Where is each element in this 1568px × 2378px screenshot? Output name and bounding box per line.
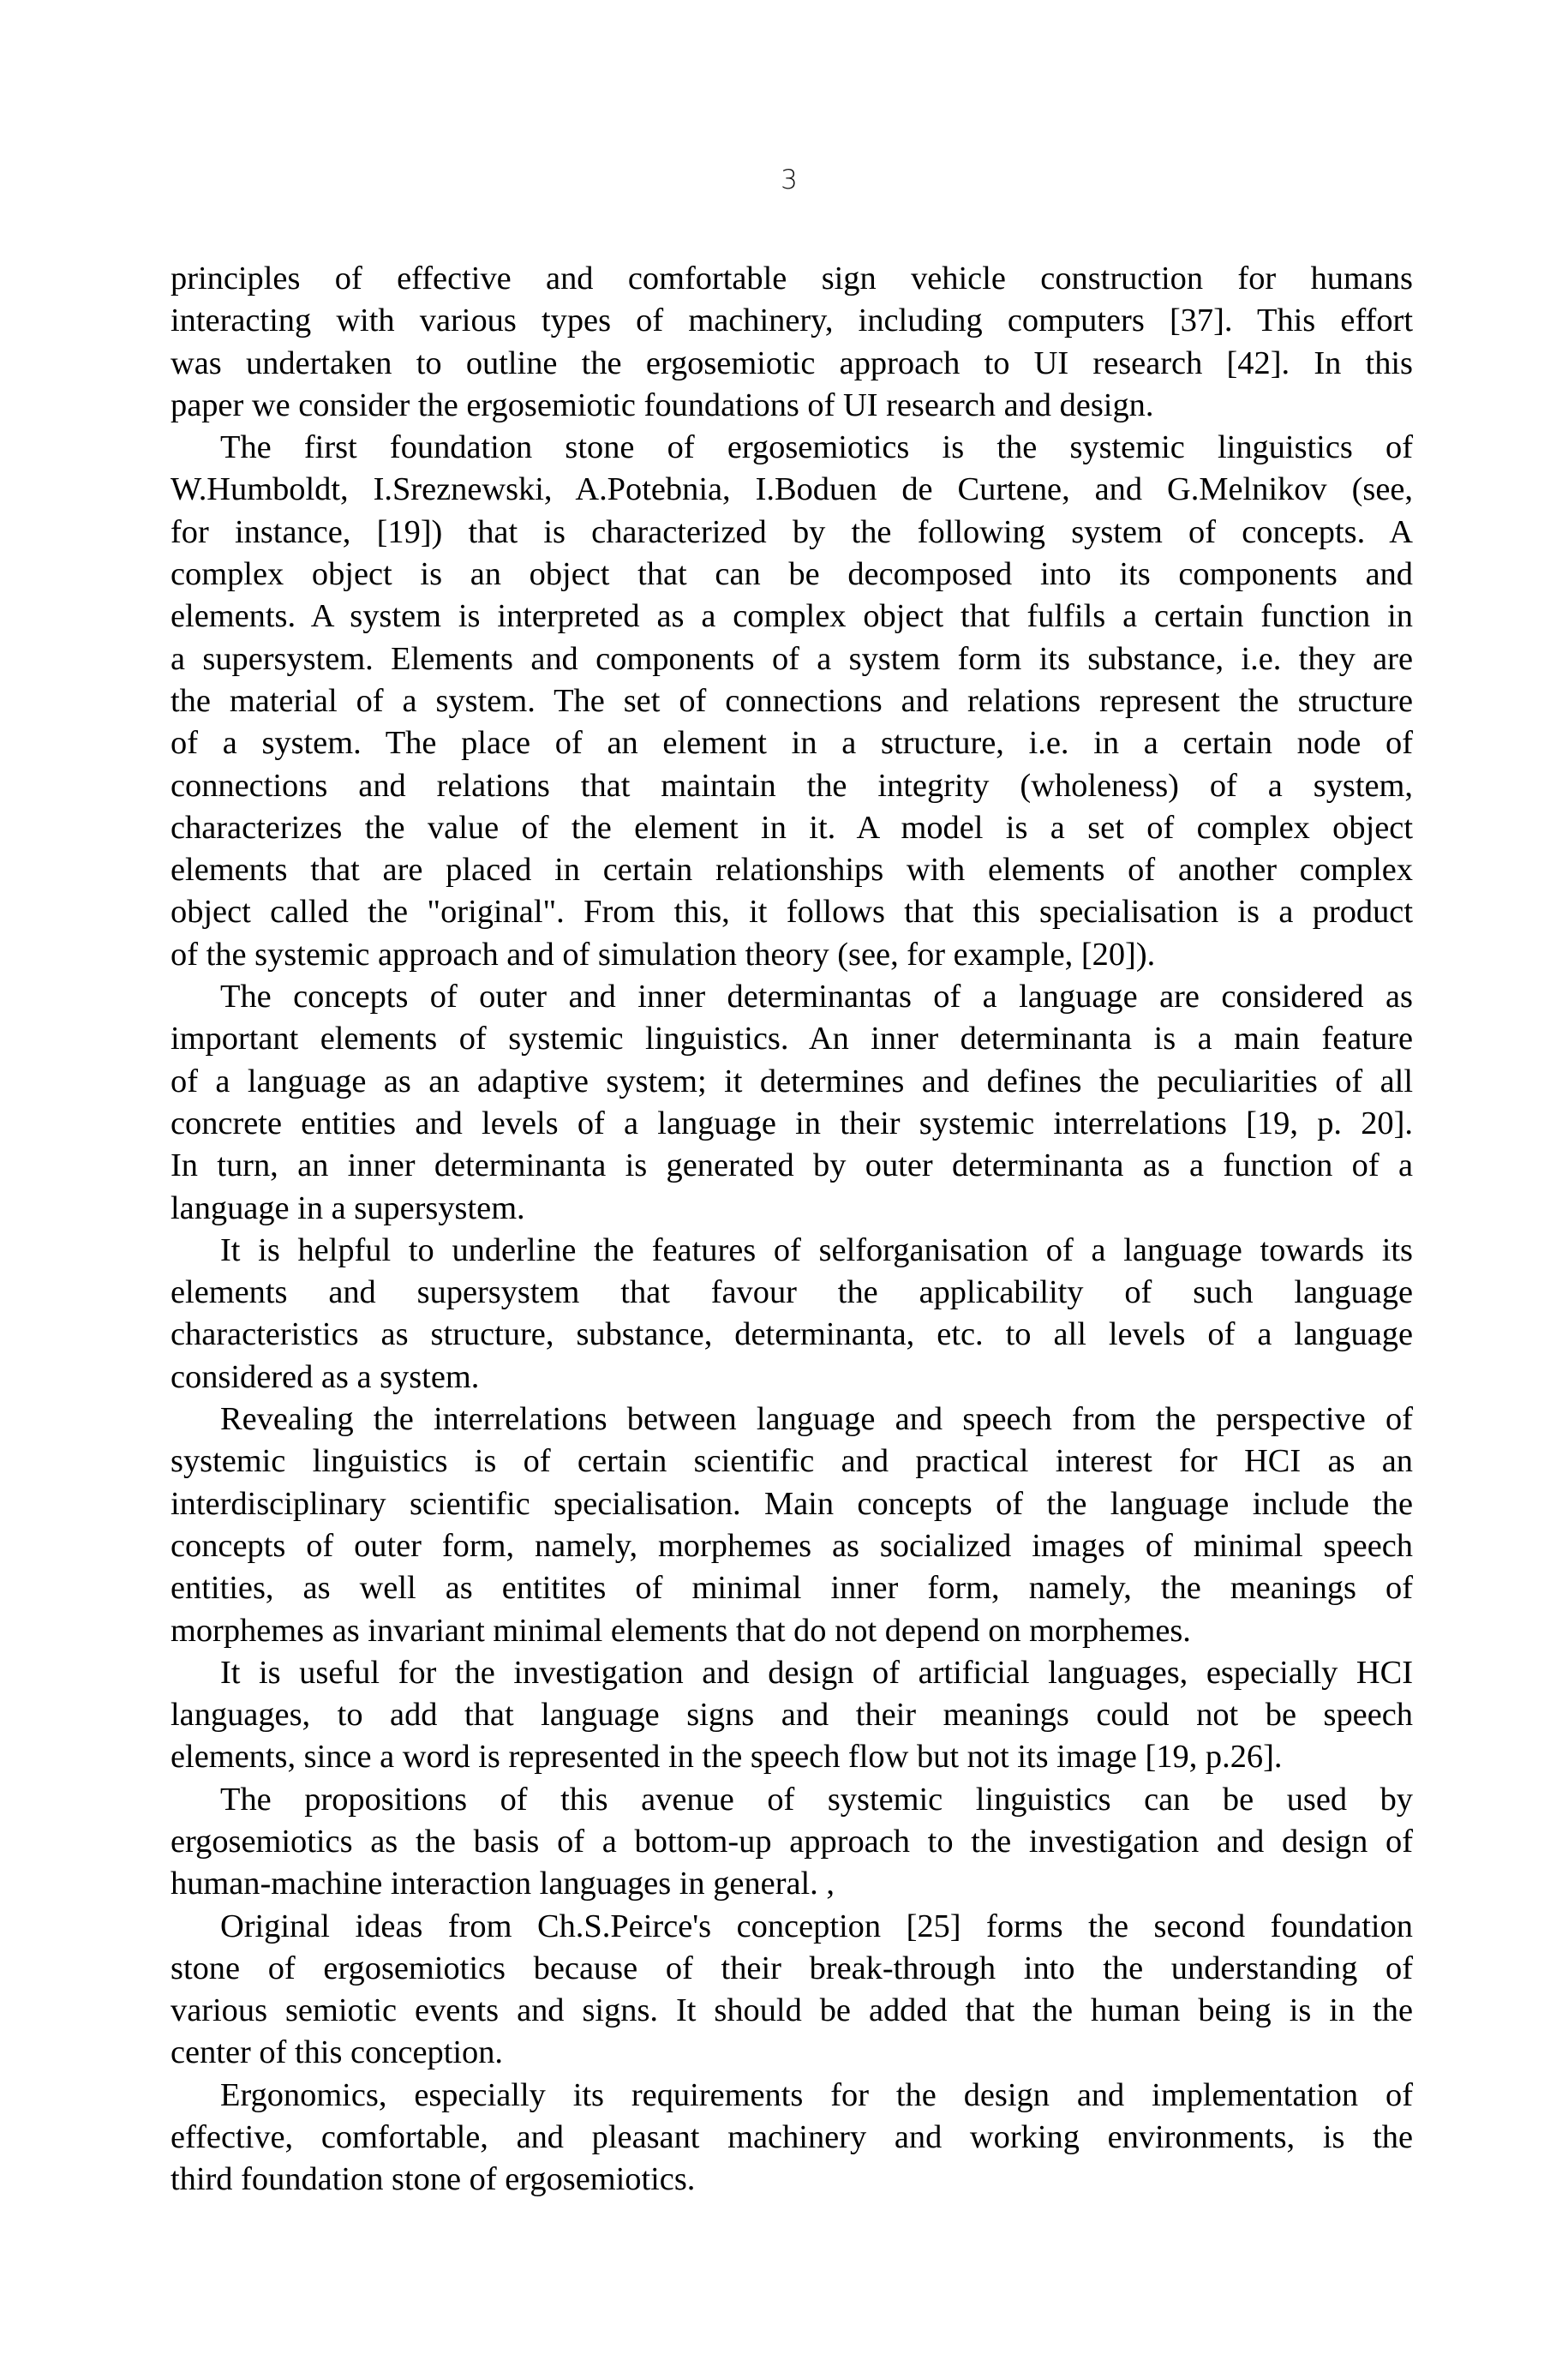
text-line: It is helpful to underline the features … [171,1230,1413,1272]
paragraph-selforganisation: It is helpful to underline the features … [171,1230,1413,1399]
text-line: The first foundation stone of ergosemiot… [171,427,1413,469]
paragraph-intro: principles of effective and comfortable … [171,258,1413,427]
text-line: various semiotic events and signs. It sh… [171,1990,1413,2032]
text-line: of the systemic approach and of simulati… [171,934,1413,976]
text-line: principles of effective and comfortable … [171,258,1413,300]
paragraph-ergonomics: Ergonomics, especially its requirements … [171,2075,1413,2201]
paragraph-systemic-linguistics: The first foundation stone of ergosemiot… [171,427,1413,976]
text-line: Revealing the interrelations between lan… [171,1399,1413,1441]
paragraph-artificial-languages: It is useful for the investigation and d… [171,1652,1413,1779]
text-line: It is useful for the investigation and d… [171,1652,1413,1694]
text-line: languages, to add that language signs an… [171,1694,1413,1736]
paragraph-peirce: Original ideas from Ch.S.Peirce's concep… [171,1906,1413,2075]
text-line: third foundation stone of ergosemiotics. [171,2159,1413,2201]
text-line: In turn, an inner determinanta is genera… [171,1145,1413,1187]
text-line: concrete entities and levels of a langua… [171,1103,1413,1145]
text-line: The concepts of outer and inner determin… [171,976,1413,1018]
text-line: center of this conception. [171,2032,1413,2074]
body-text: principles of effective and comfortable … [171,258,1413,2201]
text-line: elements that are placed in certain rela… [171,849,1413,891]
text-line: Ergonomics, especially its requirements … [171,2075,1413,2117]
text-line: entities, as well as entitites of minima… [171,1567,1413,1609]
text-line: a supersystem. Elements and components o… [171,638,1413,680]
paragraph-propositions: The propositions of this avenue of syste… [171,1779,1413,1906]
text-line: ergosemiotics as the basis of a bottom-u… [171,1821,1413,1863]
text-line: The propositions of this avenue of syste… [171,1779,1413,1821]
text-line: elements, since a word is represented in… [171,1736,1413,1778]
text-line: the material of a system. The set of con… [171,680,1413,722]
text-line: human-machine interaction languages in g… [171,1863,1413,1905]
text-line: concepts of outer form, namely, morpheme… [171,1525,1413,1567]
text-line: elements and supersystem that favour the… [171,1272,1413,1314]
text-line: of a system. The place of an element in … [171,722,1413,764]
text-line: of a language as an adaptive system; it … [171,1061,1413,1103]
text-line: stone of ergosemiotics because of their … [171,1948,1413,1990]
text-line: object called the "original". From this,… [171,891,1413,933]
page-number: 3 [0,165,1568,195]
text-line: for instance, [19]) that is characterize… [171,512,1413,554]
text-line: interdisciplinary scientific specialisat… [171,1483,1413,1525]
text-line: characterizes the value of the element i… [171,807,1413,849]
text-line: characteristics as structure, substance,… [171,1314,1413,1356]
text-line: language in a supersystem. [171,1188,1413,1230]
text-line: effective, comfortable, and pleasant mac… [171,2117,1413,2159]
paragraph-language-speech: Revealing the interrelations between lan… [171,1399,1413,1652]
text-line: considered as a system. [171,1357,1413,1399]
text-line: was undertaken to outline the ergosemiot… [171,343,1413,385]
text-line: elements. A system is interpreted as a c… [171,596,1413,638]
text-line: W.Humboldt, I.Sreznewski, A.Potebnia, I.… [171,469,1413,511]
text-line: systemic linguistics is of certain scien… [171,1441,1413,1483]
text-line: connections and relations that maintain … [171,765,1413,807]
text-line: Original ideas from Ch.S.Peirce's concep… [171,1906,1413,1948]
text-line: paper we consider the ergosemiotic found… [171,385,1413,427]
text-line: morphemes as invariant minimal elements … [171,1610,1413,1652]
text-line: complex object is an object that can be … [171,554,1413,596]
text-line: interacting with various types of machin… [171,300,1413,342]
paragraph-determinantas: The concepts of outer and inner determin… [171,976,1413,1230]
text-line: important elements of systemic linguisti… [171,1018,1413,1060]
